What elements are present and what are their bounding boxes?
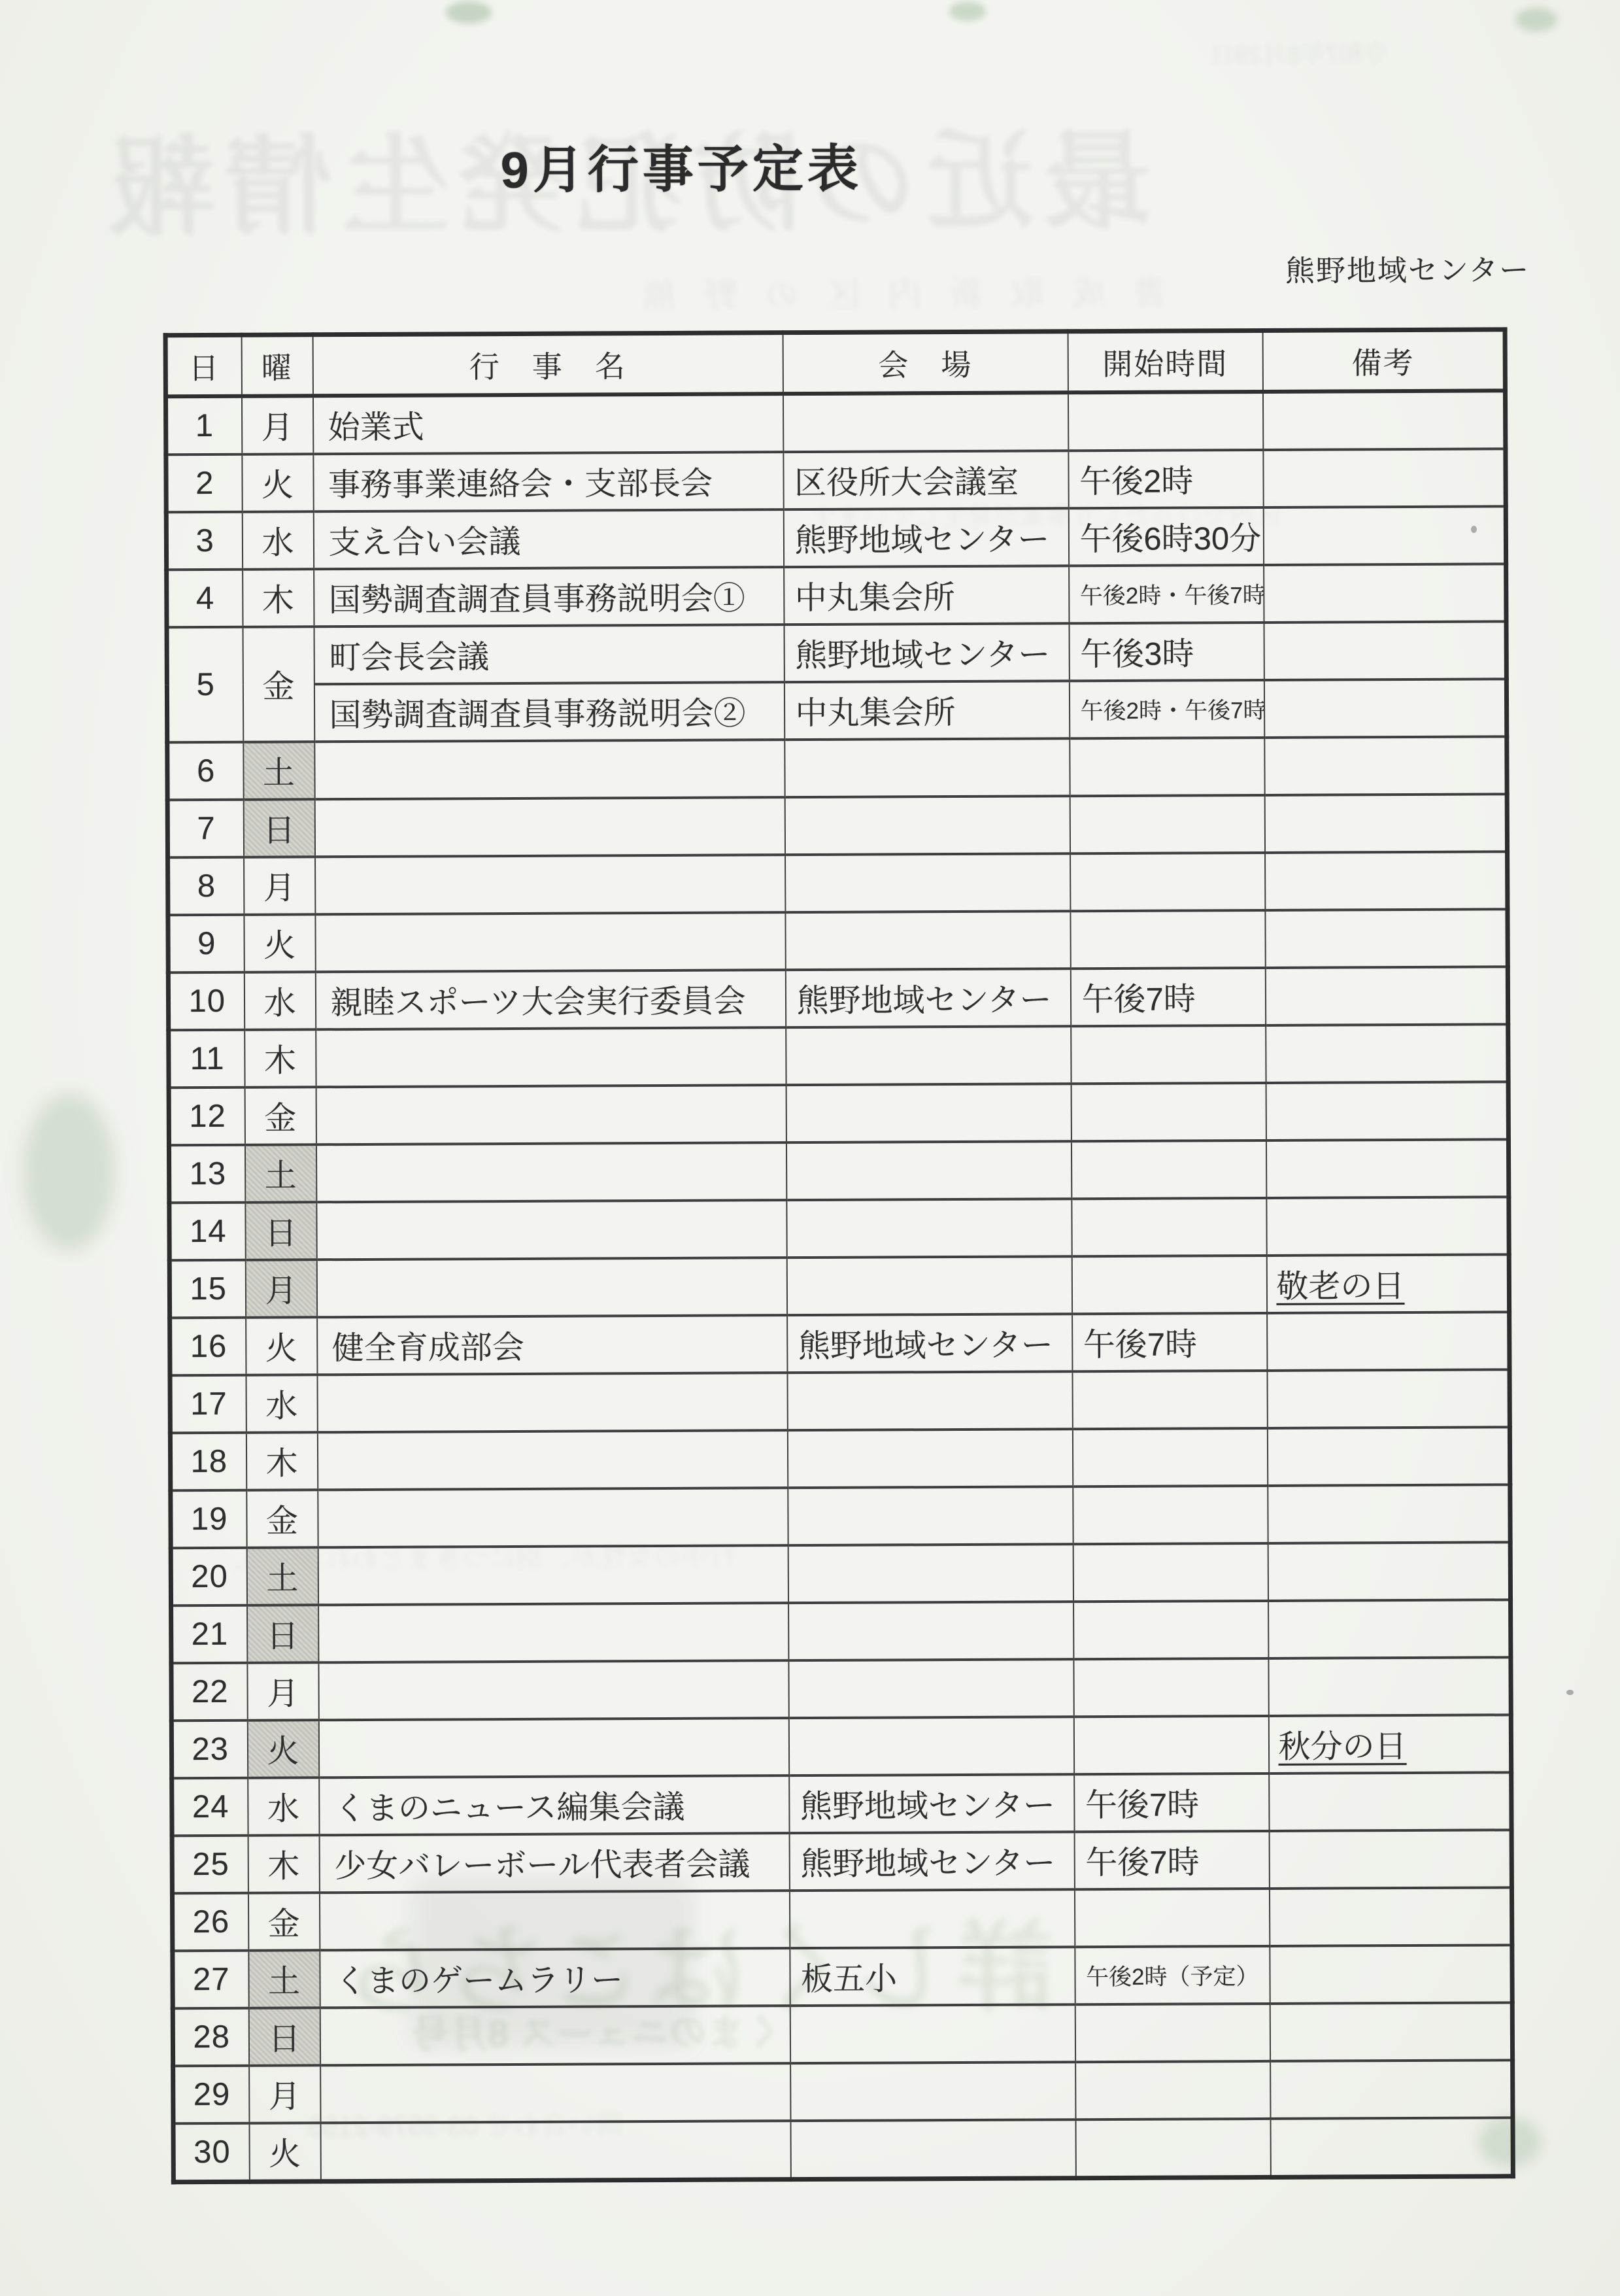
weekday-cell: 月 [244,857,315,914]
event-name-cell [317,1373,787,1432]
weekday-cell: 土 [245,1144,316,1202]
start-time-cell: 午後2時 [1068,450,1263,508]
day-cell: 24 [172,1778,248,1836]
venue-cell [786,1026,1071,1085]
venue-cell [787,1429,1072,1488]
day-cell: 29 [173,2066,249,2124]
remarks-cell [1265,851,1508,910]
event-name-cell: 国勢調査調査員事務説明会② [314,682,784,742]
day-cell: 17 [170,1375,246,1433]
holiday-note: 秋分の日 [1278,1729,1406,1765]
table-row: 26金 [172,1887,1511,1951]
venue-cell: 熊野地域センター [787,1314,1072,1373]
venue-cell [786,1141,1071,1200]
venue-cell [790,2062,1075,2121]
remarks-cell [1268,1542,1510,1601]
day-cell: 13 [169,1145,245,1203]
day-cell: 9 [168,915,244,973]
weekday-cell: 火 [244,914,315,972]
remarks-cell [1262,390,1505,450]
remarks-cell: 秋分の日 [1268,1715,1511,1773]
remarks-cell [1266,1139,1508,1198]
weekday-cell: 日 [243,799,314,857]
day-cell: 20 [171,1548,246,1606]
start-time-cell [1071,1140,1266,1199]
venue-cell [788,1544,1073,1603]
header-row: 日 曜 行 事 名 会 場 開始時間 備考 [165,330,1505,396]
table-row: 11木 [169,1024,1508,1088]
venue-cell [785,911,1070,970]
weekday-cell: 月 [241,396,312,454]
remarks-cell [1266,1197,1509,1256]
weekday-cell: 金 [245,1087,316,1144]
event-name-cell: 国勢調査調査員事務説明会① [314,567,784,626]
weekday-cell: 水 [246,1375,317,1432]
table-row: 19金 [171,1484,1510,1548]
venue-cell [788,1659,1073,1718]
event-name-cell [315,855,785,914]
table-row: 4木国勢調査調査員事務説明会①中丸集会所午後2時・午後7時 [167,564,1506,627]
day-cell: 21 [171,1605,247,1664]
table-row: 13土 [169,1139,1508,1203]
start-time-cell [1073,1486,1268,1544]
table-row: 27土くまのゲームラリー板五小午後2時（予定） [173,1945,1512,2008]
remarks-cell [1263,449,1506,507]
start-time-cell [1073,1601,1268,1659]
remarks-cell [1270,2002,1512,2061]
day-cell: 14 [169,1203,245,1261]
day-cell: 8 [168,857,244,916]
day-cell: 22 [171,1663,247,1721]
remarks-cell [1267,1312,1510,1371]
weekday-cell: 土 [246,1547,318,1605]
day-cell: 28 [173,2008,248,2066]
col-header-event: 行 事 名 [312,333,783,396]
start-time-cell [1072,1428,1267,1486]
remarks-cell: 敬老の日 [1266,1254,1509,1313]
table-row: 17水 [170,1369,1510,1433]
venue-cell [783,392,1068,452]
event-name-cell [314,797,785,857]
start-time-cell: 午後7時 [1074,1831,1269,1889]
day-cell: 25 [172,1836,248,1894]
venue-cell: 中丸集会所 [784,681,1069,740]
remarks-cell [1266,1082,1508,1140]
weekday-cell: 金 [248,1893,319,1950]
event-name-cell: 健全育成部会 [317,1315,787,1375]
start-time-cell [1072,1371,1267,1429]
remarks-cell [1268,1600,1511,1658]
event-name-cell: 始業式 [312,394,783,454]
weekday-cell: 水 [248,1777,319,1835]
event-name-cell [318,1545,788,1605]
weekday-cell: 金 [243,626,314,742]
event-name-cell [317,1430,787,1490]
venue-cell [789,1889,1074,1948]
event-name-cell [320,2121,790,2182]
day-cell: 27 [173,1951,248,2009]
event-name-cell [316,1258,786,1317]
venue-cell: 板五小 [790,1947,1075,2006]
event-name-cell [316,1200,786,1259]
weekday-cell: 土 [248,1950,320,2008]
weekday-cell: 火 [249,2123,320,2182]
start-time-cell: 午後7時 [1072,1313,1267,1371]
venue-cell: 中丸集会所 [784,566,1069,625]
table-row: 3水支え合い会議熊野地域センター午後6時30分 [166,506,1506,570]
day-cell: 19 [171,1490,246,1549]
page-title: 9月行事予定表 [500,128,862,203]
col-header-venue: 会 場 [783,332,1068,394]
remarks-cell [1270,2117,1513,2177]
table-row: 6土 [167,736,1507,800]
event-name-cell [318,1488,788,1547]
venue-cell [790,2119,1075,2179]
start-time-cell [1071,1083,1266,1141]
event-name-cell [315,912,785,972]
remarks-cell [1264,679,1506,738]
table-row: 23火秋分の日 [171,1715,1511,1778]
event-name-cell [318,1603,788,1662]
venue-cell: 区役所大会議室 [783,451,1068,509]
venue-cell [785,738,1070,797]
venue-cell [785,853,1070,912]
venue-cell: 熊野地域センター [789,1832,1074,1891]
start-time-cell [1070,795,1264,853]
start-time-cell: 午後7時 [1070,968,1265,1026]
col-header-day: 日 [165,335,241,396]
weekday-cell: 月 [249,2065,320,2123]
remarks-cell [1268,1657,1511,1716]
table-row: 24水くまのニュース編集会議熊野地域センター午後7時 [172,1772,1511,1836]
start-time-cell [1074,1889,1269,1947]
remarks-cell [1264,794,1507,853]
event-name-cell [318,1718,788,1777]
venue-cell [786,1084,1071,1142]
col-header-time: 開始時間 [1068,330,1262,392]
start-time-cell [1073,1658,1268,1717]
event-name-cell: 事務事業連絡会・支部長会 [313,452,783,511]
event-name-cell: 親睦スポーツ大会実行委員会 [315,970,785,1029]
event-name-cell [318,1660,788,1720]
remarks-cell [1267,1369,1510,1428]
weekday-cell: 日 [248,2008,320,2065]
venue-cell: 熊野地域センター [784,623,1069,682]
venue-cell [786,1199,1072,1258]
venue-cell: 熊野地域センター [789,1774,1074,1833]
start-time-cell: 午後2時・午後7時 [1069,565,1264,623]
day-cell: 11 [169,1030,245,1088]
day-cell: 12 [169,1088,245,1146]
weekday-cell: 火 [242,454,313,511]
start-time-cell [1073,1716,1268,1774]
table-row: 15月敬老の日 [169,1254,1509,1318]
col-header-weekday: 曜 [241,335,312,396]
day-cell: 15 [169,1260,245,1318]
start-time-cell [1070,910,1265,968]
day-cell: 16 [170,1318,246,1376]
organization-name: 熊野地域センター [1285,246,1530,290]
table-row: 1月始業式 [165,390,1505,454]
table-row: 20土 [171,1542,1510,1605]
table-row: 5金町会長会議熊野地域センター午後3時 [167,621,1506,685]
remarks-cell [1268,1484,1510,1543]
start-time-cell [1075,2119,1270,2178]
schedule-table-body: 1月始業式2火事務事業連絡会・支部長会区役所大会議室午後2時3水支え合い会議熊野… [165,390,1513,2182]
col-header-remarks: 備考 [1262,330,1505,392]
venue-cell [788,1486,1073,1545]
scanned-page: 最近の防犯発生情報 令和7年8月29日 書成取新内区の野熊 区内でひったくり事案… [0,0,1620,2296]
day-cell: 10 [168,972,244,1031]
event-name-cell [314,740,785,799]
start-time-cell: 午後2時・午後7時 [1069,680,1264,738]
day-cell: 1 [165,396,241,455]
remarks-cell [1269,1887,1511,1946]
table-row: 2火事務事業連絡会・支部長会区役所大会議室午後2時 [166,449,1506,512]
remarks-cell [1265,909,1508,968]
remarks-cell [1264,564,1506,623]
table-row: 10水親睦スポーツ大会実行委員会熊野地域センター午後7時 [168,967,1508,1030]
day-cell: 23 [171,1721,247,1779]
weekday-cell: 水 [244,972,315,1029]
start-time-cell [1071,1025,1266,1084]
event-name-cell [320,2006,790,2065]
venue-cell [785,796,1070,855]
remarks-cell [1264,621,1506,680]
table-row: 14日 [169,1197,1509,1260]
remarks-cell [1270,2060,1513,2119]
venue-cell: 熊野地域センター [783,508,1068,567]
venue-cell [790,2004,1075,2063]
remarks-cell [1263,506,1506,565]
page-content: 9月行事予定表 熊野地域センター 日 曜 行 事 名 会 場 開始時間 備考 1… [0,0,1620,2296]
start-time-cell [1075,2061,1270,2119]
weekday-cell: 木 [243,569,314,626]
start-time-cell [1068,392,1262,451]
start-time-cell [1070,738,1264,796]
event-name-cell: くまのゲームラリー [320,1948,790,2008]
event-name-cell: 町会長会議 [314,625,784,684]
start-time-cell: 午後2時（予定） [1075,1946,1270,2004]
table-row: 12金 [169,1082,1508,1145]
weekday-cell: 日 [247,1605,318,1662]
event-name-cell [316,1085,786,1144]
start-time-cell [1075,2004,1270,2062]
start-time-cell: 午後6時30分 [1068,507,1263,566]
weekday-cell: 木 [246,1432,317,1490]
table-row: 18木 [170,1427,1510,1490]
event-name-cell: 少女バレーボール代表者会議 [319,1833,789,1893]
remarks-cell [1265,967,1508,1025]
weekday-cell: 木 [248,1835,319,1893]
day-cell: 2 [166,454,242,513]
day-cell: 3 [166,512,242,570]
table-row: 25木少女バレーボール代表者会議熊野地域センター午後7時 [172,1830,1511,1893]
start-time-cell [1072,1198,1266,1256]
table-row: 7日 [167,794,1507,857]
day-cell: 7 [167,800,243,858]
weekday-cell: 火 [247,1720,318,1777]
table-row: 28日 [173,2002,1512,2066]
start-time-cell [1073,1543,1268,1602]
remarks-cell [1269,1830,1511,1889]
table-row: 8月 [168,851,1508,915]
event-name-cell: 支え合い会議 [313,509,783,569]
table-row: 国勢調査調査員事務説明会②中丸集会所午後2時・午後7時 [167,679,1506,742]
remarks-cell [1267,1427,1510,1486]
event-name-cell [319,1891,789,1950]
schedule-table: 日 曜 行 事 名 会 場 開始時間 備考 1月始業式2火事務事業連絡会・支部長… [163,327,1515,2184]
weekday-cell: 金 [246,1490,318,1547]
remarks-cell [1270,1945,1512,2004]
day-cell: 26 [172,1893,248,1951]
weekday-cell: 日 [245,1202,316,1259]
weekday-cell: 月 [245,1259,316,1317]
table-row: 22月 [171,1657,1511,1721]
holiday-note: 敬老の日 [1276,1269,1404,1305]
day-cell: 18 [170,1433,246,1491]
event-name-cell [316,1027,786,1087]
table-row: 9火 [168,909,1508,972]
table-row: 21日 [171,1600,1511,1663]
weekday-cell: 木 [245,1029,316,1087]
venue-cell [788,1717,1073,1775]
event-name-cell [316,1142,786,1202]
venue-cell: 熊野地域センター [785,968,1070,1027]
weekday-cell: 水 [242,511,313,569]
day-cell: 5 [167,627,243,743]
start-time-cell [1072,1256,1266,1314]
start-time-cell [1070,853,1265,911]
day-cell: 4 [167,570,243,628]
start-time-cell: 午後7時 [1074,1773,1269,1832]
table-row: 30火 [173,2117,1513,2182]
table-row: 16火健全育成部会熊野地域センター午後7時 [170,1312,1510,1375]
venue-cell [786,1256,1072,1315]
weekday-cell: 土 [243,742,314,799]
day-cell: 30 [173,2123,249,2182]
venue-cell [787,1371,1072,1430]
remarks-cell [1269,1772,1511,1831]
venue-cell [788,1602,1073,1660]
table-row: 29月 [173,2060,1513,2123]
day-cell: 6 [167,742,243,800]
event-name-cell [320,2063,790,2123]
event-name-cell: くまのニュース編集会議 [319,1775,789,1835]
remarks-cell [1266,1024,1508,1083]
start-time-cell: 午後3時 [1069,623,1264,681]
remarks-cell [1264,736,1507,795]
weekday-cell: 火 [246,1317,317,1375]
weekday-cell: 月 [247,1662,318,1720]
